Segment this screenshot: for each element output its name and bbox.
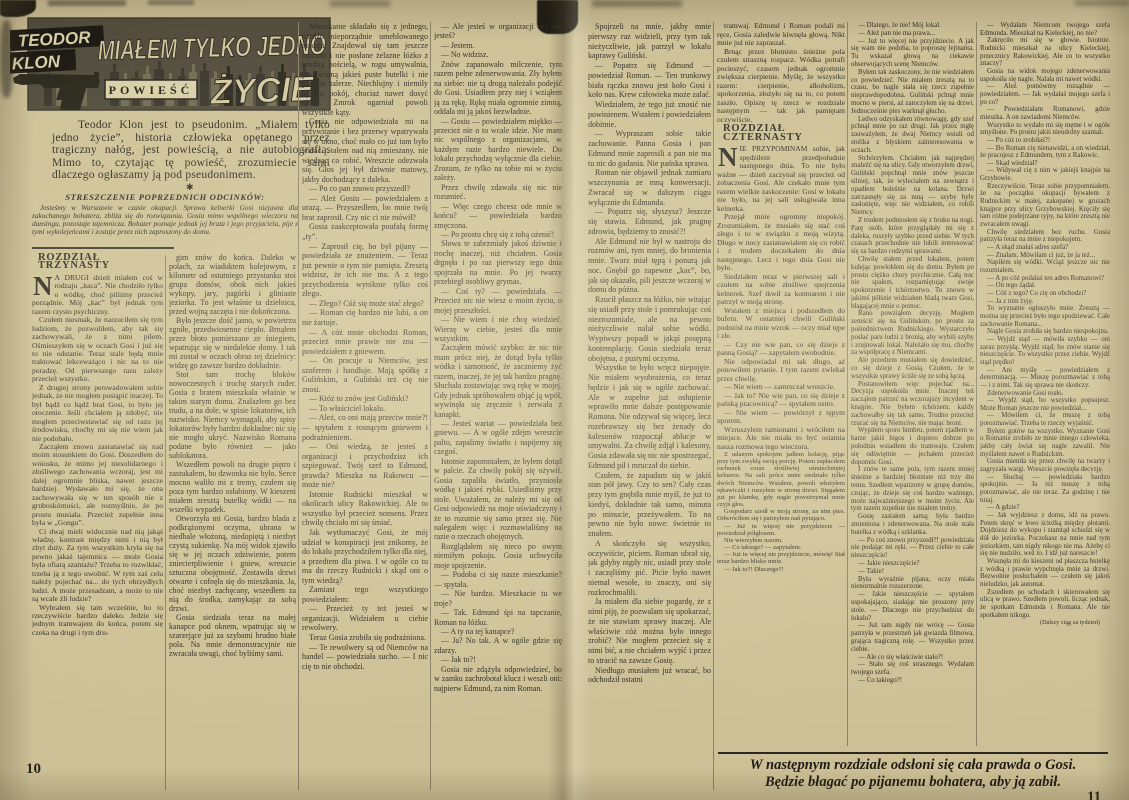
paragraph: — Któż to znów jest Guliński? [302, 394, 428, 404]
paragraph: — Już tu więcej nie przyjdziecie, mówię!… [717, 551, 845, 565]
paragraph: Chwilę stałem przed lokalem, potem kulej… [851, 256, 974, 311]
paragraph: — Co takiego?! [851, 677, 974, 685]
paragraph: A skończyło się wszystko, oczywiście, pi… [588, 539, 711, 598]
column-8-paragraphs: — Wydałam Niemcom twojego szefa Edmunda.… [980, 22, 1110, 619]
paragraph: Byłem tak zaskoczony, że nie wiedziałem … [851, 69, 974, 116]
novel-title-line2: ŻYCIE [209, 69, 316, 112]
teaser-line: W następnym rozdziale odsłoni się cała p… [716, 757, 1110, 774]
paragraph: Chwilę siedziałem bez ruchu. Gosia patrz… [980, 229, 1110, 244]
paragraph: — Wypraszam sobie takie zachowanie. Pann… [588, 129, 711, 168]
paragraph: Gosia nie odpowiedziała mi na przywitani… [302, 117, 428, 184]
paragraph: — Coś ty? — powiedziała. — Przecież nic … [434, 287, 562, 315]
column-2: gim znów do końca. Daleko w polach, za w… [169, 253, 296, 793]
paragraph: Wzruszyłem ramionami i wróciłem na miejs… [717, 426, 845, 452]
paragraph: — A po cóż podałaś ten adres Romanowi? [980, 275, 1110, 283]
paragraph: — Ale jesteś w organizacji czy nie jeste… [434, 22, 562, 41]
paragraph: — Gosiu — powiedziałem miękko — przecież… [434, 117, 562, 183]
paragraph: — Jesteś wariat — powiedziała bez gniewu… [434, 419, 562, 457]
paragraph: Ja miałem dla siebie pogardę, że z nimi … [588, 597, 711, 665]
paragraph: Rzucił płaszcz na łóżko, nie witając się… [588, 295, 711, 363]
paragraph: — Jak wyjdziesz z domu, idź na prawo. Po… [980, 512, 1110, 558]
paragraph: Czułem niesmak, że narzuciłem się tym lu… [32, 316, 163, 384]
paragraph: — To właściciel lokalu. [302, 404, 428, 414]
drop-cap: N [717, 145, 740, 169]
paragraph: Ale przedtem musiałem się dowiedzieć, co… [851, 357, 974, 380]
paragraph: Czułem, że zapadam się w jakiś stan pół … [588, 471, 711, 539]
paragraph: — A skąd znałaś adres szefa? [980, 244, 1110, 252]
paragraph: — Nie wiem — powtórzył z tępym uporem. [717, 409, 845, 426]
teaser-divider [718, 752, 1108, 754]
paragraph: — Wydałam Niemcom twojego szefa Edmunda.… [980, 22, 1110, 37]
paragraph: — Jak to?! [434, 655, 562, 664]
magazine-spread: TEODOR KLON MIAŁEM TYLKO JEDNO ŻYCIE POW… [0, 0, 1129, 800]
paragraph: — Już tam nigdy nie wrócę — Gosia patrzy… [851, 622, 974, 653]
paragraph: — Popatrz się, słyszysz? Jeszcze się sta… [588, 207, 711, 236]
column-1: ROZDZIAŁ TRZYNASTY NA DRUGI dzień miałem… [32, 253, 163, 793]
column-7: — Dlatego, że nie! Mój lokal.— Ależ pan … [851, 22, 974, 746]
next-episode-teaser: W następnym rozdziale odsłoni się cała p… [716, 757, 1110, 790]
paragraph: Roman nie objawił jednak zamiaru wszczyn… [588, 168, 711, 207]
column-6: tramwaj. Edmund i Roman podali mi ręce, … [717, 22, 845, 746]
paragraph: — A cóż mnie obchodzi Roman, przecież mn… [302, 328, 428, 357]
paragraph: Gosia siedziała teraz na małej kanapce p… [169, 613, 296, 658]
scan-artifact [148, 0, 194, 5]
paragraph: Zdenerwowanie Gosi rosło. [980, 390, 1110, 398]
paragraph: — Co takiego? — zapytałem. [717, 544, 845, 551]
column-3: Mieszkanie składało się z jednego, bardz… [302, 22, 428, 792]
column-8: — Wydałam Niemcom twojego szefa Edmunda.… [980, 22, 1110, 746]
paragraph: — Po prostu chcę się z tobą ożenić! [434, 230, 562, 239]
paragraph: — Takie! [851, 568, 974, 576]
paragraph: — Wyjdź stąd — mówiła szybko — oni zaraz… [980, 336, 1110, 367]
paragraph: To wyznanie ogłuszyło mnie. Zresztą — mo… [980, 305, 1110, 328]
column-rule [713, 22, 714, 790]
scan-artifact [330, 0, 390, 7]
author-name-line2: KLON [11, 52, 61, 74]
paragraph: — Popatrz się Edmund — powiedział Roman.… [588, 61, 711, 100]
paragraph: Siedziałem teraz w pierwszej sali i czuł… [717, 273, 845, 307]
summary-divider [32, 247, 174, 249]
paragraph: gim znów do końca. Daleko w polach, za w… [169, 253, 296, 316]
paragraph: Spojrzeli na mnie, jakby mnie pierwszy r… [588, 22, 711, 61]
chapter-13-opening-paragraph: NA DRUGI dzień miałem coś w rodzaju „kac… [32, 274, 163, 316]
paragraph: Zakręciło mi się w głowie. Istotnie. Rud… [980, 37, 1110, 68]
paragraph: Gosię zastałem samą; była bardzo zmienio… [851, 513, 974, 536]
paragraph: — Jakie nieszczęście — spytałem uspokaja… [851, 591, 974, 622]
column-6-top-paragraphs: tramwaj. Edmund i Roman podali mi ręce, … [717, 22, 845, 124]
paragraph: — Nie wiem i nie chcę wiedzieć. Wierzę w… [434, 315, 562, 343]
paragraph: — Oni wiedzą, że jesteś z organizacji i … [302, 442, 428, 490]
paragraph: Rozglądałem się nieco po owym niemiłym p… [434, 542, 562, 570]
paragraph: Wypiłem sporo bimbru, potem zjadłem w ba… [851, 427, 974, 466]
paragraph: tramwaj. Edmund i Roman podali mi ręce, … [717, 22, 845, 48]
paragraph: Wszystko to było wręcz niepojęte. Nie mi… [588, 363, 711, 470]
paragraph: — A ty na tej kanapce? [434, 627, 562, 636]
column-rule [430, 22, 431, 790]
paragraph: Ledwo odzyskałem równowagę, gdy szef pch… [851, 116, 974, 155]
chapter-14-opening-paragraph: NIE PRZYPOMINAM sobie, jak spędziłem prz… [717, 145, 845, 213]
paragraph: Istotnie Rudnicki mieszkał w okolicach u… [302, 490, 428, 528]
paragraph: Przejął mnie ogromny niepokój. Zrozumiał… [717, 213, 845, 273]
paragraph: — On pracuje u Niemców, jest szoferem i … [302, 356, 428, 394]
paragraph: Byłem gotów na wszystko. Wyznanie Gosi o… [980, 428, 1110, 459]
column-rule [165, 255, 166, 790]
paragraph: — Po coś znowu przyszedł?! powiedziała n… [851, 537, 974, 560]
editorial-intro: Teodor Klon jest to pseudonim. „Miałem t… [52, 119, 330, 182]
scan-artifact [592, 0, 682, 7]
paragraph: Ci dwaj mieli widocznie nad nią jakąś wł… [32, 528, 163, 604]
paragraph: Ale Edmund nie był w nastroju do rozmów … [588, 237, 711, 296]
novel-title-line1: MIAŁEM TYLKO JEDNO [97, 29, 326, 66]
paragraph: — Ale co się właściwie stało?! [851, 654, 974, 662]
paragraph: Zamiast tego wszystkiego powiedziałem: [302, 585, 428, 604]
paragraph: — Skąd wiedział? [980, 160, 1110, 168]
paragraph: — Te rewolwery są od Niemców na handel —… [302, 643, 428, 672]
paragraph: Z drugiej strony perswadowałem sobie jed… [32, 384, 163, 443]
paragraph: Rzeczywiście. Teraz sobie przypomniałem,… [980, 183, 1110, 229]
paragraph: — Przecież ty też jesteś w organizacji. … [302, 604, 428, 633]
author-name-line1: TEODOR [17, 28, 91, 51]
paragraph: Z udanym spokojem jadłem kolację, pijąc … [717, 451, 845, 508]
previous-episodes-summary: STRESZCZENIE POPRZEDNICH ODCINKÓW: Jeste… [32, 192, 298, 236]
paragraph: — Po cóż to zrobiłaś?! [980, 137, 1110, 145]
paragraph: — Ja? No tak. A w ogóle gdzie się zdarzy… [434, 636, 562, 655]
paragraph: Stoi tam trochę bloków nowoczesnych i tr… [169, 370, 296, 460]
paragraph: — Ależ pomówmy rozsądnie — powiedziałem.… [980, 83, 1110, 106]
paragraph: Wszedłem powoli na drugie piętro i zastu… [169, 460, 296, 514]
column-rule [298, 22, 299, 790]
paragraph: Rano powziąłem decyzję. Mogłem zemścić s… [851, 310, 974, 357]
paragraph: — Dlatego, że nie! Mój lokal. [851, 22, 974, 30]
paragraph: — Bo Roman cię nienawidzi, a on wiedział… [980, 145, 1110, 160]
summary-text: Jesteśmy w Warszawie w czasie okupacji. … [32, 204, 298, 236]
paragraph: Gosia zaakceptowała poufałą formę „ty”. [302, 222, 428, 241]
scan-artifact [48, 0, 126, 6]
paragraph: Gospodarz szedł w moją stronę, za nim pi… [717, 508, 845, 522]
chapter-13-heading: ROZDZIAŁ TRZYNASTY [38, 254, 163, 271]
paragraph: — Jestem. [434, 41, 562, 50]
paragraph: — Ależ Gosiu — powiedziałem z urazą. — P… [302, 194, 428, 223]
paragraph: Postanowiłem więc pojechać na... Decyzja… [851, 381, 974, 428]
paragraph: Stchórzyłem. Chciałem jak najprędzej zna… [851, 155, 974, 217]
paragraph: Wybrałem się tam wcześnie, bo to rzeczyw… [32, 604, 163, 638]
paragraph: Napiłem się wódki. Wciąż jeszcze nic nie… [980, 259, 1110, 274]
paragraph: Wiedziałem, że tego już znosić nie powin… [588, 100, 711, 129]
drop-cap: N [32, 274, 55, 298]
chapter-14-heading: ROZDZIAŁ CZTERNASTY [723, 125, 845, 142]
paragraph: — Podoba ci się nasze mieszkanie? — spyt… [434, 570, 562, 589]
paragraph: Wstałem z miejsca i podszedłem do bufetu… [717, 307, 845, 341]
paragraph: — Ależ, co oni mają przeciw mnie?! — spy… [302, 413, 428, 442]
paragraph: — Już tu więcej nie przyjdziecie — powie… [717, 523, 845, 537]
paragraph: Otworzyła mi Gosia, bardzo blada z podkr… [169, 514, 296, 613]
paragraph: — Stało się coś strasznego. Wydałam twoj… [851, 661, 974, 677]
paragraph: Znów zapanowało milczenie, tym razem peł… [434, 60, 562, 117]
page-number-left: 10 [26, 761, 41, 778]
paragraph: Było jeszcze dość jasno, w powietrzu zgn… [169, 316, 296, 370]
paragraph: Niedługo musiałem już wracać, bo odchodz… [588, 666, 711, 686]
paragraph: — Nie bardzo. Mieszkacie tu we troje? [434, 589, 562, 608]
paragraph: — Po co pan znowu przyszedł? [302, 184, 428, 194]
paragraph: — A gdzie? [980, 504, 1110, 512]
paragraph: Nie wierzyłem uszom. [717, 537, 845, 544]
paragraph: Nagle Gosia zrobiła się bardzo niespokoj… [980, 328, 1110, 336]
paragraph: Z trudem podniosłem się z bruku na nogi.… [851, 217, 974, 256]
paragraph: — Tak. Edmund śpi na tapczanie, Roman na… [434, 608, 562, 627]
paragraph: Przez chwilę zdawała się nic nie rozumie… [434, 183, 562, 202]
paragraph: Słowa te zabrzmiały jakoś dziwnie i troc… [434, 239, 562, 286]
paragraph: — Powiedziałam Romanowi, gdzie mieszka. … [980, 106, 1110, 121]
paragraph: — Ja z nim żyję. [980, 298, 1110, 306]
paragraph: — Wyjdź stąd, bo wszystko popsujesz. Moż… [980, 397, 1110, 412]
paragraph: Wsunęła mi do kieszeni od płaszcza butel… [980, 558, 1110, 589]
paragraph: — Jak to? Nie wie pan, co się dzieje z p… [717, 392, 845, 409]
paragraph: — Czy nie wie pan, co się dzieje z panną… [717, 341, 845, 358]
paragraph: Jak wytłumaczyć Gosi, że mój udział w ko… [302, 528, 428, 585]
paragraph: Zszedłem po schodach i skierowałem się u… [980, 589, 1110, 620]
novel-masthead: TEODOR KLON MIAŁEM TYLKO JEDNO ŻYCIE POW… [10, 14, 332, 116]
paragraph: — Ależ pan nie ma prawa... [851, 30, 974, 38]
continuation-note: (Dalszy ciąg za tydzień) [980, 619, 1110, 627]
paragraph: Istotnie zapomniałem, że byłem dotąd w p… [434, 457, 562, 542]
paragraph: — Słuchaj — powiedziała bardzo spokojnie… [980, 474, 1110, 505]
paragraph: I znów te same pola, tym razem mniej śni… [851, 466, 974, 513]
paragraph: — Ani myślę — powiedziałem z determinacj… [980, 367, 1110, 390]
paragraph: Teraz Gosia zrobiła się podrażniona. [302, 633, 428, 643]
paragraph: — Znałam. Mówiłam ci już, że ja też... [980, 252, 1110, 260]
paragraph: — Złego? Cóż się może stać złego? [302, 299, 428, 309]
paragraph: Zacząłem mówić szybko: że nic nie mam pr… [434, 343, 562, 419]
paragraph: — Już tu więcej nie przyjdziecie. A jak … [851, 38, 974, 69]
paragraph: Wszystko to wydało mi się mętne i w ogól… [980, 122, 1110, 137]
paragraph: Gosia mieniła się przez chwilę na twarzy… [980, 458, 1110, 473]
column-6-small-type: Z udanym spokojem jadłem kolację, pijąc … [717, 451, 845, 573]
column-6-paragraphs: Przejął mnie ogromny niepokój. Zrozumiał… [717, 213, 845, 451]
summary-title: STRESZCZENIE POPRZEDNICH ODCINKÓW: [32, 192, 298, 202]
paragraph: — Cóż z tego? Co cię on obchodzi? [980, 290, 1110, 298]
paragraph: — Zaprosił cię, bo był pijany — powiedzi… [302, 242, 428, 299]
paragraph: — Jak to?! Dlaczego?! [717, 566, 845, 573]
page-number-right: 11 [1087, 789, 1101, 800]
genre-label: POWIEŚĆ [109, 83, 194, 97]
paragraph: — Więc czego chcesz ode mnie w końcu? — … [434, 202, 562, 230]
paragraph: — Mówiłem ci, że muszę z tobą porozmawia… [980, 412, 1110, 427]
paragraph: — Widywał cię z nim w jakiejś knajpie na… [980, 167, 1110, 182]
paragraph: Zacząłem znowu zastanawiać się nad moim … [32, 443, 163, 528]
column-1-paragraphs: Czułem niesmak, że narzuciłem się tym lu… [32, 316, 163, 637]
paragraph: Gosia nie zdążyła odpowiedzieć, bo w zam… [434, 665, 562, 693]
column-5: Spojrzeli na mnie, jakby mnie pierwszy r… [588, 22, 711, 792]
paragraph: Nie odpowiadał mi tak długo, aż ponowiłe… [717, 358, 845, 384]
paragraph: — Jakie nieszczęście? [851, 560, 974, 568]
column-4: — Ale jesteś w organizacji czy nie jeste… [434, 22, 562, 792]
column-rule [847, 22, 848, 746]
paragraph: Mieszkanie składało się z jednego, bardz… [302, 22, 428, 117]
teaser-line: Będzie błagać po pijanemu bohatera, aby … [716, 774, 1110, 791]
column-rule [976, 22, 977, 746]
paragraph: — Roman cię bardzo nie lubi, a on nie ża… [302, 308, 428, 327]
paragraph: Gosia na widok mojego zdenerwowania uspo… [980, 68, 1110, 83]
paragraph: — No widzisz. [434, 50, 562, 59]
scan-artifact [1075, 0, 1129, 6]
paragraph: Była wyraźnie pijana, oczy miała nienorm… [851, 576, 974, 592]
paragraph: Brnąc przez błotnisto śnieżne pola czułe… [717, 48, 845, 125]
paragraph: — On tego żądał. [980, 282, 1110, 290]
